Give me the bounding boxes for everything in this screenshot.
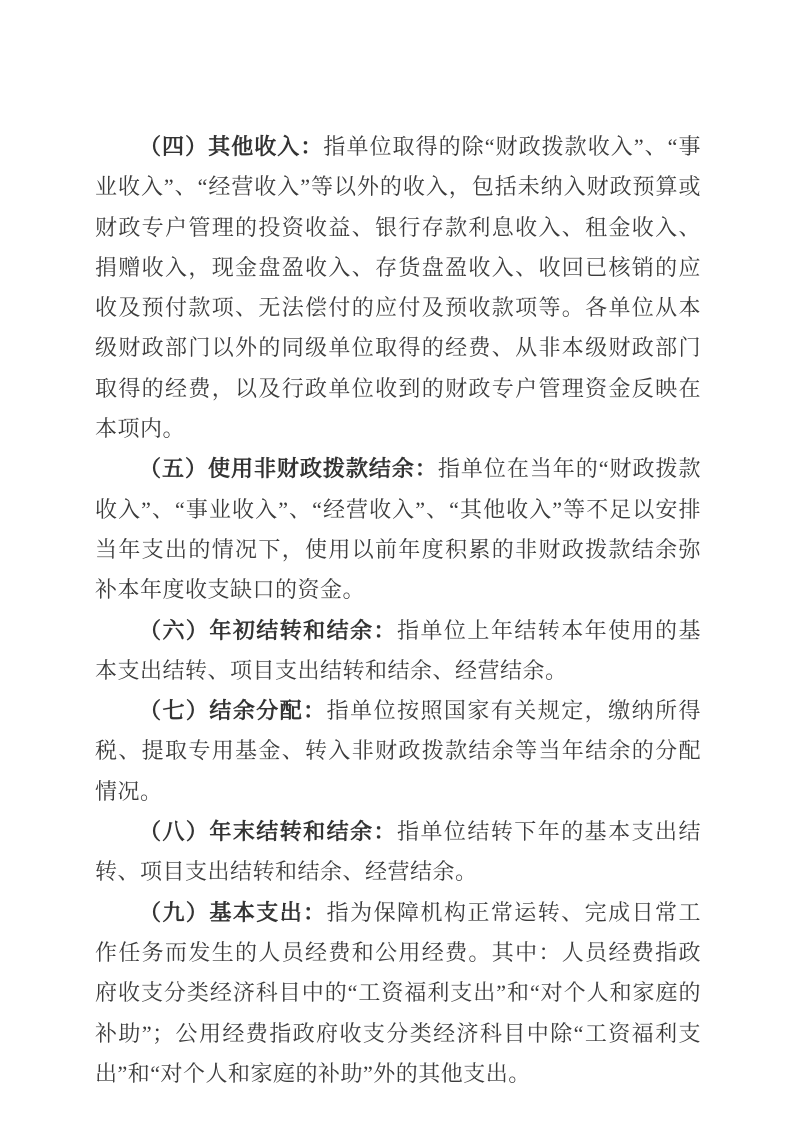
paragraph-other-income: （四）其他收入：指单位取得的除“财政拨款收入”、“事业收入”、“经营收入”等以外… (95, 127, 701, 449)
paragraph-body: 指为保障机构正常运转、完成日常工作任务而发生的人员经费和公用经费。其中：人员经费… (95, 900, 701, 1086)
paragraph-heading: （四）其他收入： (139, 134, 323, 159)
paragraph-use-nonfiscal-surplus: （五）使用非财政拨款结余：指单位在当年的“财政拨款收入”、“事业收入”、“经营收… (95, 449, 701, 610)
paragraph-heading: （九）基本支出： (139, 900, 327, 925)
paragraph-basic-expenditure: （九）基本支出：指为保障机构正常运转、完成日常工作任务而发生的人员经费和公用经费… (95, 893, 701, 1094)
paragraph-heading: （七）结余分配： (139, 698, 327, 723)
document-page: （四）其他收入：指单位取得的除“财政拨款收入”、“事业收入”、“经营收入”等以外… (0, 0, 793, 1122)
paragraph-beginning-year-carryover: （六）年初结转和结余：指单位上年结转本年使用的基本支出结转、项目支出结转和结余、… (95, 611, 701, 692)
paragraph-heading: （五）使用非财政拨款结余： (139, 456, 438, 481)
paragraph-heading: （六）年初结转和结余： (139, 618, 397, 643)
paragraph-yearend-carryover: （八）年末结转和结余：指单位结转下年的基本支出结转、项目支出结转和结余、经营结余… (95, 812, 701, 893)
paragraph-surplus-distribution: （七）结余分配：指单位按照国家有关规定，缴纳所得税、提取专用基金、转入非财政拨款… (95, 691, 701, 812)
document-content: （四）其他收入：指单位取得的除“财政拨款收入”、“事业收入”、“经营收入”等以外… (95, 127, 701, 1094)
paragraph-body: 指单位取得的除“财政拨款收入”、“事业收入”、“经营收入”等以外的收入，包括未纳… (95, 134, 701, 441)
paragraph-heading: （八）年末结转和结余： (139, 819, 397, 844)
